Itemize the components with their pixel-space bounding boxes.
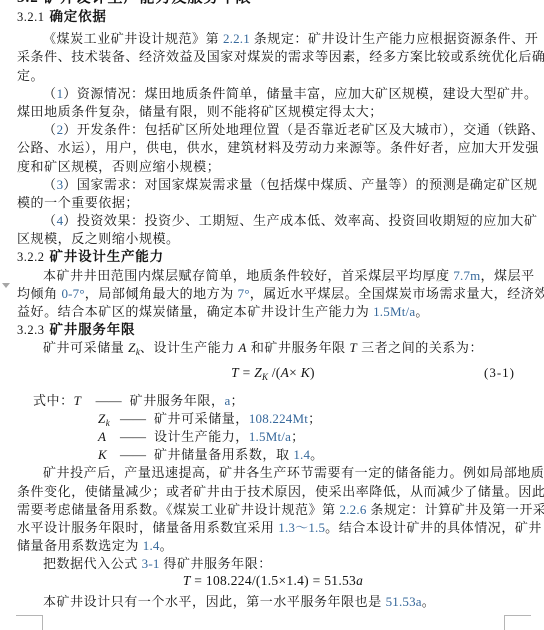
number-text: 2.2.6 bbox=[340, 502, 367, 517]
number-text: 1.4 bbox=[143, 538, 160, 553]
text-run: ，局部倾角最大的地方为 bbox=[85, 286, 238, 301]
text-run: （ bbox=[43, 213, 57, 228]
formula: T = 108.224/(1.5×1.4) = 51.53a bbox=[17, 571, 529, 591]
text-line: 度和矿区规模，否则应缩小规模； bbox=[17, 158, 529, 176]
heading-title: 矿井设计生产能力 bbox=[50, 249, 164, 264]
text-line: （3）国家需求：对国家煤炭需求量（包括煤中煤质、产量等）的预测是确定矿区规 bbox=[17, 176, 529, 194]
text-run: 条规定：矿井设计生产能力应根据资源条件、开 bbox=[250, 31, 538, 46]
number-text: 1.5Mt/a bbox=[373, 304, 415, 319]
text-line: 公路、水运），用户，供电，供水，建筑材料及劳动力来源等。条件好者，应加大开发强 bbox=[17, 139, 529, 157]
text-run: ）投资效果：投资少、工期短、生产成本低、效率高、投资回收期短的应加大矿 bbox=[63, 213, 537, 228]
number-text: 7° bbox=[238, 286, 250, 301]
text-line: （2）开发条件：包括矿区所处地理位置（是否靠近老矿区及大城市），交通（铁路、 bbox=[17, 121, 529, 139]
number-text: 1.3～1.5 bbox=[278, 520, 325, 535]
subsection-heading: 3.2.3矿井服务年限 bbox=[17, 321, 529, 339]
text-run: 需要考虑储量备用系数。《煤炭工业矿井设计规范》第 bbox=[17, 502, 340, 517]
definition-line: 式中：T——矿井服务年限，a； bbox=[17, 392, 529, 410]
text-run: ，属近水平煤层。全国煤炭市场需求量大，经济效 bbox=[250, 286, 544, 301]
formula-symbol: A bbox=[98, 429, 107, 444]
text-line: 模的一个重要依据； bbox=[17, 194, 529, 212]
heading-number: 3.2.1 bbox=[17, 10, 45, 24]
number-text: 0-7° bbox=[61, 286, 84, 301]
formula-symbol: Z bbox=[128, 340, 136, 355]
formula-symbol: ) bbox=[310, 365, 315, 380]
text-run: ）开发条件：包括矿区所处地理位置（是否靠近老矿区及大城市），交通（铁路、 bbox=[63, 122, 544, 137]
text-run: 区规模，反之则缩小规模。 bbox=[17, 231, 180, 246]
text-line: 本矿井设计只有一个水平，因此，第一水平服务年限也是 51.53a。 bbox=[17, 593, 529, 611]
formula-symbol: T bbox=[74, 393, 82, 408]
number-text: 1.4 bbox=[293, 447, 310, 462]
text-run: 。 bbox=[310, 447, 324, 462]
definition-line: Zk——矿井可采储量，108.224Mt； bbox=[17, 410, 529, 428]
number-text: 3-1 bbox=[142, 556, 160, 571]
heading-number: 3.2.3 bbox=[17, 323, 45, 337]
text-line: 矿井可采储量 Zk、设计生产能力 A 和矿井服务年限 T 三者之间的关系为： bbox=[17, 339, 529, 357]
text-run: （ bbox=[43, 122, 57, 137]
text-line: 益好。结合本矿区的煤炭储量，确定本矿井设计生产能力为 1.5Mt/a。 bbox=[17, 303, 529, 321]
text-run: 矿井投产后，产量迅速提高，矿井各生产环节需要有一定的储备能力。例如局部地质 bbox=[43, 465, 544, 480]
heading-title: 确定依据 bbox=[50, 9, 107, 24]
document-content: 3.2 矿井设计生产能力及服务年限3.2.1确定依据《煤炭工业矿井设计规范》第 … bbox=[17, 0, 529, 612]
text-run: （ bbox=[43, 177, 57, 192]
text-line: 定。 bbox=[17, 67, 529, 85]
formula: T = ZK /(A× K)(3-1) bbox=[17, 363, 529, 383]
text-run: 采条件、技术装备、经济效益及国家对煤炭的需求等因素，经多方案比较或系统优化后确 bbox=[17, 49, 544, 64]
text-run: 三者之间的关系为： bbox=[357, 340, 483, 355]
text-line: （4）投资效果：投资少、工期短、生产成本低、效率高、投资回收期短的应加大矿 bbox=[17, 212, 529, 230]
text-line: 煤田地质条件复杂，储量有限，则不能将矿区规模定得太大； bbox=[17, 103, 529, 121]
page-boundary-mark-left bbox=[16, 615, 43, 630]
text-run: ； bbox=[231, 393, 245, 408]
text-run: ； bbox=[308, 411, 322, 426]
formula-symbol: T bbox=[183, 573, 191, 588]
text-run: 把数据代入公式 bbox=[43, 556, 142, 571]
formula-symbol: × bbox=[289, 365, 301, 380]
text-run: 。结合本设计矿井的具体情况，矿井 bbox=[325, 520, 542, 535]
text-run: 本矿井设计只有一个水平，因此，第一水平服务年限也是 bbox=[43, 594, 386, 609]
text-run: 、设计生产能力 bbox=[140, 340, 239, 355]
text-line: 条件变化，使储量减少；或者矿井由于技术原因，使采出率降低，从而减少了储量。因此， bbox=[17, 483, 529, 501]
text-run: 煤田地质条件复杂，储量有限，则不能将矿区规模定得太大； bbox=[17, 104, 383, 119]
text-line: 均倾角 0-7°，局部倾角最大的地方为 7°，属近水平煤层。全国煤炭市场需求量大… bbox=[17, 285, 529, 303]
formula-symbol: K bbox=[301, 365, 310, 380]
text-line: （1）资源情况：煤田地质条件简单，储量丰富，应加大矿区规模，建设大型矿井。 bbox=[17, 85, 529, 103]
text-run: 本矿井井田范围内煤层赋存简单，地质条件较好，首采煤层平均厚度 bbox=[43, 268, 453, 283]
subsection-heading: 3.2.2矿井设计生产能力 bbox=[17, 248, 529, 266]
text-run: 度和矿区规模，否则应缩小规模； bbox=[17, 159, 220, 174]
text-run: 。 bbox=[160, 538, 174, 553]
formula-symbol: a bbox=[356, 573, 363, 588]
text-run: 得矿井服务年限： bbox=[160, 556, 272, 571]
number-text: 51.53a bbox=[386, 594, 422, 609]
formula-subscript: k bbox=[106, 418, 110, 428]
definition-dash: —— bbox=[120, 447, 146, 462]
section-heading: 3.2 矿井设计生产能力及服务年限 bbox=[17, 0, 529, 8]
number-text: 108.224Mt bbox=[249, 411, 308, 426]
text-run: 模的一个重要依据； bbox=[17, 195, 139, 210]
text-caret[interactable] bbox=[136, 287, 137, 300]
text-run: 矿井可采储量 bbox=[43, 340, 128, 355]
text-run: 。 bbox=[415, 304, 429, 319]
text-run: 矿井服务年限， bbox=[130, 393, 225, 408]
formula-symbol: A bbox=[239, 340, 248, 355]
definition-symbol: A bbox=[98, 428, 114, 446]
text-run: 条件变化，使储量减少；或者矿井由于技术原因，使采出率降低，从而减少了储量。因此， bbox=[17, 484, 544, 499]
text-line: 《煤炭工业矿井设计规范》第 2.2.1 条规定：矿井设计生产能力应根据资源条件、… bbox=[17, 30, 529, 48]
formula-symbol: Z bbox=[254, 365, 262, 380]
formula-symbol: Z bbox=[98, 411, 106, 426]
text-line: 储量备用系数选定为 1.4。 bbox=[17, 537, 529, 555]
text-run: 益好。结合本矿区的煤炭储量，确定本矿井设计生产能力为 bbox=[17, 304, 373, 319]
number-text: 1.5Mt/a bbox=[249, 429, 291, 444]
text-run: 条规定：计算矿井及第一开采 bbox=[367, 502, 544, 517]
formula-symbol: = bbox=[239, 365, 254, 380]
document-page: 3.2 矿井设计生产能力及服务年限3.2.1确定依据《煤炭工业矿井设计规范》第 … bbox=[0, 0, 544, 630]
number-text: 7.7m bbox=[453, 268, 480, 283]
text-run: ）资源情况：煤田地质条件简单，储量丰富，应加大矿区规模，建设大型矿井。 bbox=[63, 86, 537, 101]
formula-symbol: K bbox=[98, 447, 107, 462]
text-run: 公路、水运），用户，供电，供水，建筑材料及劳动力来源等。条件好者，应加大开发强 bbox=[17, 140, 539, 155]
text-line: 需要考虑储量备用系数。《煤炭工业矿井设计规范》第 2.2.6 条规定：计算矿井及… bbox=[17, 501, 529, 519]
text-run: 矿井可采储量， bbox=[154, 411, 249, 426]
formula-symbol: /( bbox=[268, 365, 281, 380]
formula-symbol: T bbox=[231, 365, 239, 380]
formula-symbol: A bbox=[281, 365, 290, 380]
text-run: ，煤层平 bbox=[480, 268, 534, 283]
number-text: 2.2.1 bbox=[223, 31, 250, 46]
text-run: ； bbox=[291, 429, 305, 444]
text-run: 定。 bbox=[17, 68, 44, 83]
definition-symbol: T bbox=[74, 392, 90, 410]
formula-symbol: = 108.224/(1.5×1.4) = 51.53 bbox=[191, 573, 356, 588]
definition-label: 式中： bbox=[33, 393, 74, 408]
definition-line: K——矿井储量备用系数，取 1.4。 bbox=[17, 446, 529, 464]
definition-symbol: K bbox=[98, 446, 114, 464]
text-line: 矿井投产后，产量迅速提高，矿井各生产环节需要有一定的储备能力。例如局部地质 bbox=[17, 464, 529, 482]
text-run: 和矿井服务年限 bbox=[247, 340, 349, 355]
text-run: 。 bbox=[422, 594, 436, 609]
page-boundary-mark-right bbox=[504, 615, 531, 630]
text-run: 水平设计服务年限时，储量备用系数宜采用 bbox=[17, 520, 278, 535]
heading-title: 矿井服务年限 bbox=[50, 322, 136, 337]
text-line: 区规模，反之则缩小规模。 bbox=[17, 230, 529, 248]
definition-dash: —— bbox=[120, 429, 146, 444]
equation-number: (3-1) bbox=[484, 363, 515, 383]
definition-dash: —— bbox=[96, 393, 122, 408]
text-run: 矿井储量备用系数，取 bbox=[154, 447, 293, 462]
text-run: 均倾角 bbox=[17, 286, 61, 301]
text-run: 储量备用系数选定为 bbox=[17, 538, 143, 553]
subsection-heading: 3.2.1确定依据 bbox=[17, 8, 529, 26]
text-line: 采条件、技术装备、经济效益及国家对煤炭的需求等因素，经多方案比较或系统优化后确 bbox=[17, 48, 529, 66]
text-run: （ bbox=[43, 86, 57, 101]
text-run: 设计生产能力， bbox=[154, 429, 249, 444]
heading-number: 3.2.2 bbox=[17, 250, 45, 264]
text-run: ）国家需求：对国家煤炭需求量（包括煤中煤质、产量等）的预测是确定矿区规 bbox=[63, 177, 537, 192]
margin-cursor-icon bbox=[2, 283, 10, 288]
text-line: 水平设计服务年限时，储量备用系数宜采用 1.3～1.5。结合本设计矿井的具体情况… bbox=[17, 519, 529, 537]
text-line: 本矿井井田范围内煤层赋存简单，地质条件较好，首采煤层平均厚度 7.7m，煤层平 bbox=[17, 267, 529, 285]
definition-dash: —— bbox=[120, 411, 146, 426]
definition-line: A——设计生产能力，1.5Mt/a； bbox=[17, 428, 529, 446]
text-run: 《煤炭工业矿井设计规范》第 bbox=[43, 31, 223, 46]
